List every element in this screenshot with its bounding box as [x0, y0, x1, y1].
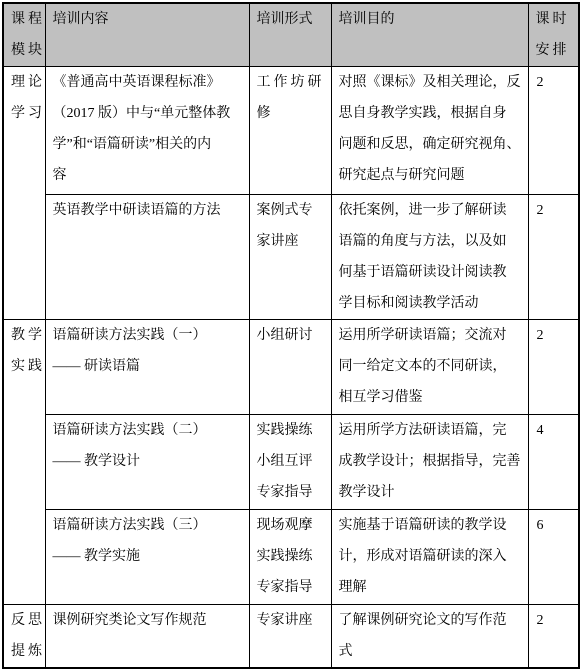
cell-content: 《普通高中英语课程标准》 （2017 版）中与“单元整体教 学”和“语篇研读”相…	[45, 67, 249, 195]
cell-content: 语篇研读方法实践（一） —— 研读语篇	[45, 320, 249, 415]
cell-hours: 2	[528, 195, 579, 320]
cell-module-teaching-practice: 教学 实践	[3, 320, 45, 605]
table-row: 语篇研读方法实践（三） —— 教学实施 现场观摩 实践操练 专家指导 实施基于语…	[3, 510, 579, 605]
cell-module-theory-study: 理论 学习	[3, 67, 45, 320]
cell-purpose: 运用所学方法研读语篇，完 成教学设计；根据指导，完善 教学设计	[331, 415, 528, 510]
cell-purpose: 对照《课标》及相关理论，反 思自身教学实践，根据自身 问题和反思，确定研究视角、…	[331, 67, 528, 195]
cell-hours: 6	[528, 510, 579, 605]
cell-purpose: 了解课例研究论文的写作范 式	[331, 605, 528, 669]
table-row: 教学 实践 语篇研读方法实践（一） —— 研读语篇 小组研讨 运用所学研读语篇；…	[3, 320, 579, 415]
header-training-purpose: 培训目的	[331, 3, 528, 67]
table-row: 英语教学中研读语篇的方法 案例式专 家讲座 依托案例，进一步了解研读 语篇的角度…	[3, 195, 579, 320]
header-class-hours: 课时 安排	[528, 3, 579, 67]
cell-hours: 2	[528, 320, 579, 415]
document-page: 课程 模块 培训内容 培训形式 培训目的 课时 安排 理论 学习 《普通高中英语…	[0, 0, 580, 666]
cell-purpose: 实施基于语篇研读的教学设 计，形成对语篇研读的深入 理解	[331, 510, 528, 605]
cell-module-reflection-refinement: 反思 提炼	[3, 605, 45, 669]
table-row: 语篇研读方法实践（二） —— 教学设计 实践操练 小组互评 专家指导 运用所学方…	[3, 415, 579, 510]
table-row: 理论 学习 《普通高中英语课程标准》 （2017 版）中与“单元整体教 学”和“…	[3, 67, 579, 195]
table-header-row: 课程 模块 培训内容 培训形式 培训目的 课时 安排	[3, 3, 579, 67]
cell-hours: 2	[528, 605, 579, 669]
header-training-content: 培训内容	[45, 3, 249, 67]
cell-hours: 2	[528, 67, 579, 195]
cell-content: 英语教学中研读语篇的方法	[45, 195, 249, 320]
header-training-form: 培训形式	[249, 3, 331, 67]
cell-form: 现场观摩 实践操练 专家指导	[249, 510, 331, 605]
cell-purpose: 运用所学研读语篇；交流对 同一给定文本的不同研读， 相互学习借鉴	[331, 320, 528, 415]
cell-form: 工作坊研 修	[249, 67, 331, 195]
header-course-module: 课程 模块	[3, 3, 45, 67]
cell-purpose: 依托案例，进一步了解研读 语篇的角度与方法，以及如 何基于语篇研读设计阅读教 学…	[331, 195, 528, 320]
table-row: 反思 提炼 课例研究类论文写作规范 专家讲座 了解课例研究论文的写作范 式 2	[3, 605, 579, 669]
cell-content: 语篇研读方法实践（三） —— 教学实施	[45, 510, 249, 605]
cell-content: 语篇研读方法实践（二） —— 教学设计	[45, 415, 249, 510]
cell-form: 案例式专 家讲座	[249, 195, 331, 320]
cell-form: 实践操练 小组互评 专家指导	[249, 415, 331, 510]
training-plan-table: 课程 模块 培训内容 培训形式 培训目的 课时 安排 理论 学习 《普通高中英语…	[2, 2, 580, 669]
cell-hours: 4	[528, 415, 579, 510]
cell-content: 课例研究类论文写作规范	[45, 605, 249, 669]
cell-form: 专家讲座	[249, 605, 331, 669]
cell-form: 小组研讨	[249, 320, 331, 415]
